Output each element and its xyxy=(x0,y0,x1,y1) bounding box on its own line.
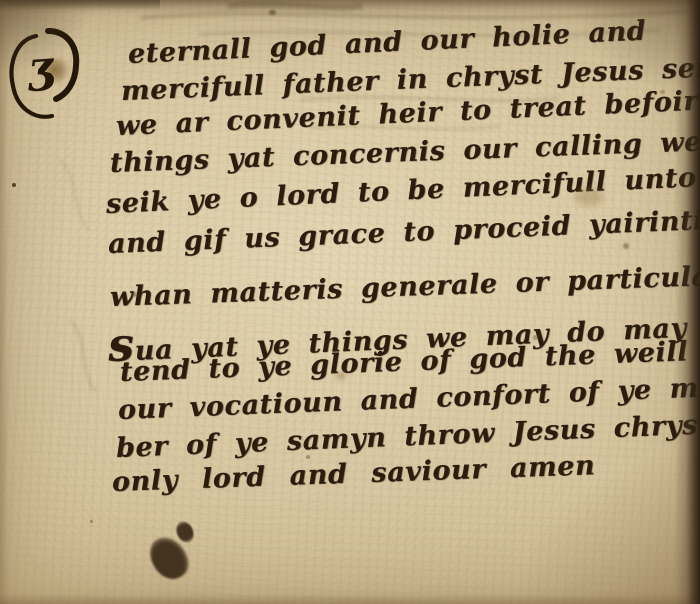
paper-speck xyxy=(12,183,16,187)
page-corner-shadow xyxy=(520,454,700,604)
page-bottom-edge xyxy=(0,594,700,604)
manuscript-page: ʒ eternall god and our holie and mercifu… xyxy=(0,0,700,604)
page-top-edge xyxy=(0,0,700,14)
paper-speck xyxy=(623,243,629,249)
page-left-edge xyxy=(0,0,8,604)
page-right-edge xyxy=(674,0,700,604)
ink-blot xyxy=(150,521,202,583)
paper-speck xyxy=(90,520,93,523)
